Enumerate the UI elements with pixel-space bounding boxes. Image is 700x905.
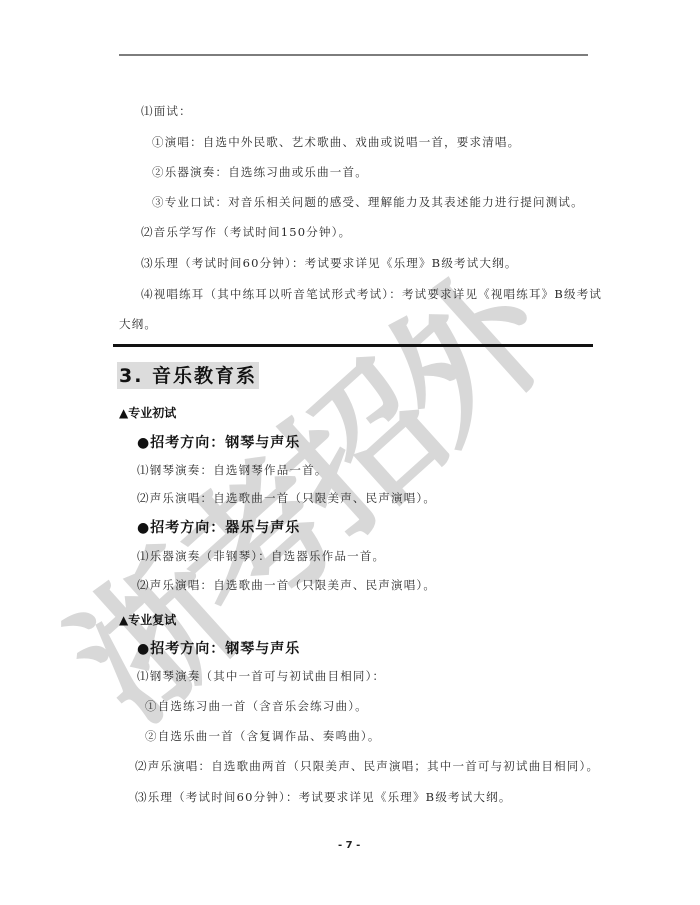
- direction-heading-instrument-vocal: ●招考方向：器乐与声乐: [137, 517, 300, 537]
- initial-piano-item: ⑴钢琴演奏：自选钢琴作品一首。: [137, 462, 328, 478]
- retest-piano-etude: ①自选练习曲一首（含音乐会练习曲）。: [145, 698, 368, 714]
- section-title: 3. 音乐教育系: [117, 362, 259, 389]
- initial-instrument-item: ⑴乐器演奏（非钢琴）：自选器乐作品一首。: [137, 548, 385, 564]
- interview-item-singing: ①演唱：自选中外民歌、艺术歌曲、戏曲或说唱一首，要求清唱。: [152, 134, 520, 150]
- direction-heading-piano-vocal: ●招考方向：钢琴与声乐: [137, 432, 300, 452]
- interview-label: ⑴面试：: [141, 103, 192, 119]
- item-music-theory: ⑶乐理（考试时间60分钟）：考试要求详见《乐理》B级考试大纲。: [141, 255, 518, 271]
- retest-vocal-item: ⑵声乐演唱：自选歌曲两首（只限美声、民声演唱；其中一首可与初试曲目相同）。: [135, 758, 599, 774]
- initial-vocal-item-2: ⑵声乐演唱：自选歌曲一首（只限美声、民声演唱）。: [137, 577, 436, 593]
- interview-item-oral: ③专业口试：对音乐相关问题的感受、理解能力及其表述能力进行提问测试。: [152, 194, 584, 210]
- retest-theory-item: ⑶乐理（考试时间60分钟）：考试要求详见《乐理》B级考试大纲。: [135, 789, 512, 805]
- document-page: 浙考招外 ⑴面试： ①演唱：自选中外民歌、艺术歌曲、戏曲或说唱一首，要求清唱。 …: [0, 0, 700, 905]
- section-divider: [113, 344, 593, 347]
- page-number: - 7 -: [338, 840, 360, 851]
- initial-vocal-item: ⑵声乐演唱：自选歌曲一首（只限美声、民声演唱）。: [137, 490, 436, 506]
- retest-heading: ▲专业复试: [119, 611, 176, 628]
- retest-piano-item: ⑴钢琴演奏（其中一首可与初试曲目相同）：: [137, 668, 385, 684]
- interview-item-instrument: ②乐器演奏：自选练习曲或乐曲一首。: [152, 164, 368, 180]
- watermark: 浙考招外: [19, 183, 640, 776]
- retest-direction-heading-piano-vocal: ●招考方向：钢琴与声乐: [137, 638, 300, 658]
- header-rule: [119, 54, 588, 56]
- retest-piano-piece: ②自选乐曲一首（含复调作品、奏鸣曲）。: [145, 728, 381, 744]
- initial-exam-heading: ▲专业初试: [119, 404, 176, 421]
- item-music-writing: ⑵音乐学写作（考试时间150分钟）。: [141, 224, 351, 240]
- item-sight-singing: ⑷视唱练耳（其中练耳以听音笔试形式考试）：考试要求详见《视唱练耳》B级考试: [141, 286, 602, 302]
- item-sight-singing-cont: 大纲。: [119, 316, 157, 332]
